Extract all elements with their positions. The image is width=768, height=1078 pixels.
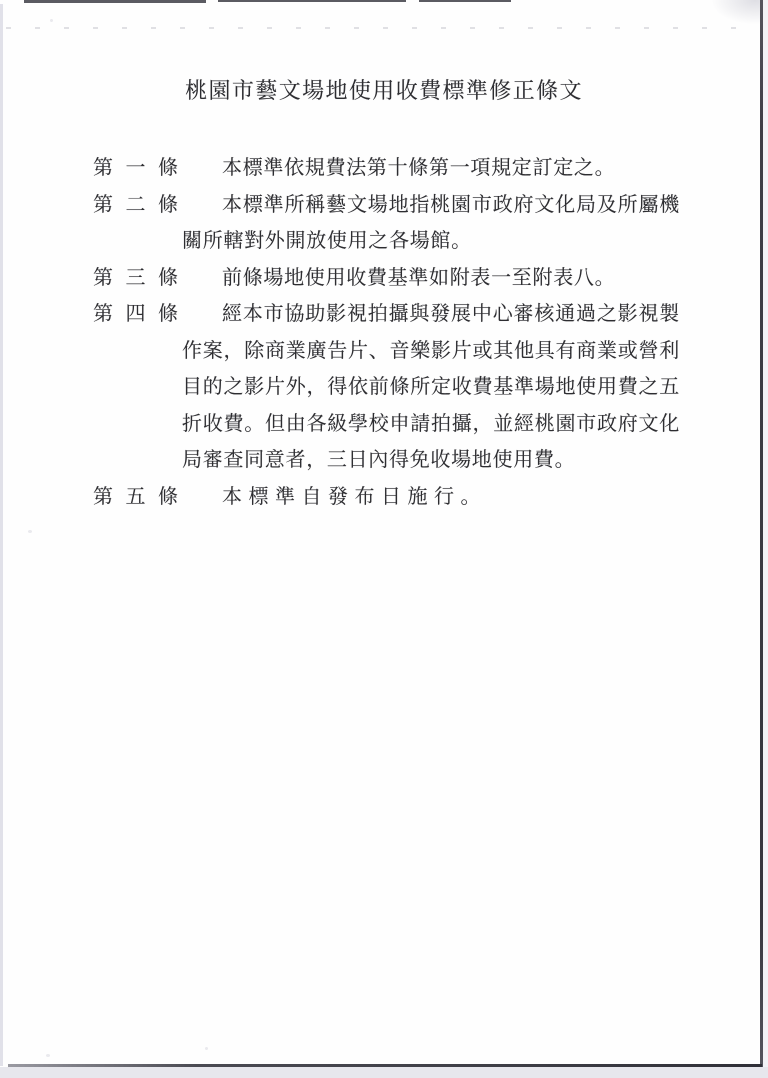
article-number-char: 三 [126, 260, 146, 297]
article-number-char: 一 [126, 150, 146, 187]
article: 第二條 本標準所稱藝文場地指桃園市政府文化局及所屬機關所轄對外開放使用之各場館。 [0, 187, 768, 260]
article-number-char: 條 [158, 296, 178, 333]
scan-edge-top-segment [24, 0, 206, 3]
article-text: 本標準依規費法第十條第一項規定訂定之。 [182, 150, 680, 187]
article-number-char: 第 [93, 150, 113, 187]
article-text: 本標準自發布日施行。 [182, 479, 680, 516]
article-number-char: 二 [126, 187, 146, 224]
article-number-char: 第 [93, 479, 113, 516]
scanned-document-page: 桃園市藝文場地使用收費標準修正條文 第一條 本標準依規費法第十條第一項規定訂定之… [0, 0, 768, 1078]
article-number: 第五條 [93, 479, 178, 516]
scan-edge-top-segment [419, 0, 511, 2]
scan-edge-top-segment [218, 0, 406, 2]
article: 第五條 本標準自發布日施行。 [0, 479, 768, 516]
article-text: 本標準所稱藝文場地指桃園市政府文化局及所屬機關所轄對外開放使用之各場館。 [182, 187, 680, 260]
scan-speck [50, 19, 53, 22]
scan-bottom-band [0, 1067, 768, 1078]
document-title: 桃園市藝文場地使用收費標準修正條文 [0, 76, 768, 106]
articles: 第一條 本標準依規費法第十條第一項規定訂定之。 第二條 本標準所稱藝文場地指桃園… [0, 150, 768, 515]
article-number-char: 第 [93, 187, 113, 224]
article: 第三條 前條場地使用收費基準如附表一至附表八。 [0, 260, 768, 297]
article-text: 經本市協助影視拍攝與發展中心審核通過之影視製作案，除商業廣告片、音樂影片或其他具… [182, 296, 680, 479]
scan-perforation-dashes [6, 27, 758, 29]
article-number-char: 第 [93, 260, 113, 297]
scan-speck [46, 1054, 50, 1057]
article-number: 第一條 [93, 150, 178, 187]
scan-speck [205, 1047, 208, 1050]
article-number-char: 條 [158, 150, 178, 187]
article-number-char: 條 [158, 260, 178, 297]
article-number-char: 條 [158, 479, 178, 516]
article-number-char: 四 [126, 296, 146, 333]
scan-corner-smudge [712, 0, 760, 24]
article-number: 第四條 [93, 296, 178, 333]
article-number-char: 條 [158, 187, 178, 224]
article-number-char: 五 [126, 479, 146, 516]
article-number: 第三條 [93, 260, 178, 297]
article: 第四條 經本市協助影視拍攝與發展中心審核通過之影視製作案，除商業廣告片、音樂影片… [0, 296, 768, 479]
article-number: 第二條 [93, 187, 178, 224]
scan-speck [28, 530, 32, 533]
article: 第一條 本標準依規費法第十條第一項規定訂定之。 [0, 150, 768, 187]
article-text: 前條場地使用收費基準如附表一至附表八。 [182, 260, 680, 297]
article-number-char: 第 [93, 296, 113, 333]
